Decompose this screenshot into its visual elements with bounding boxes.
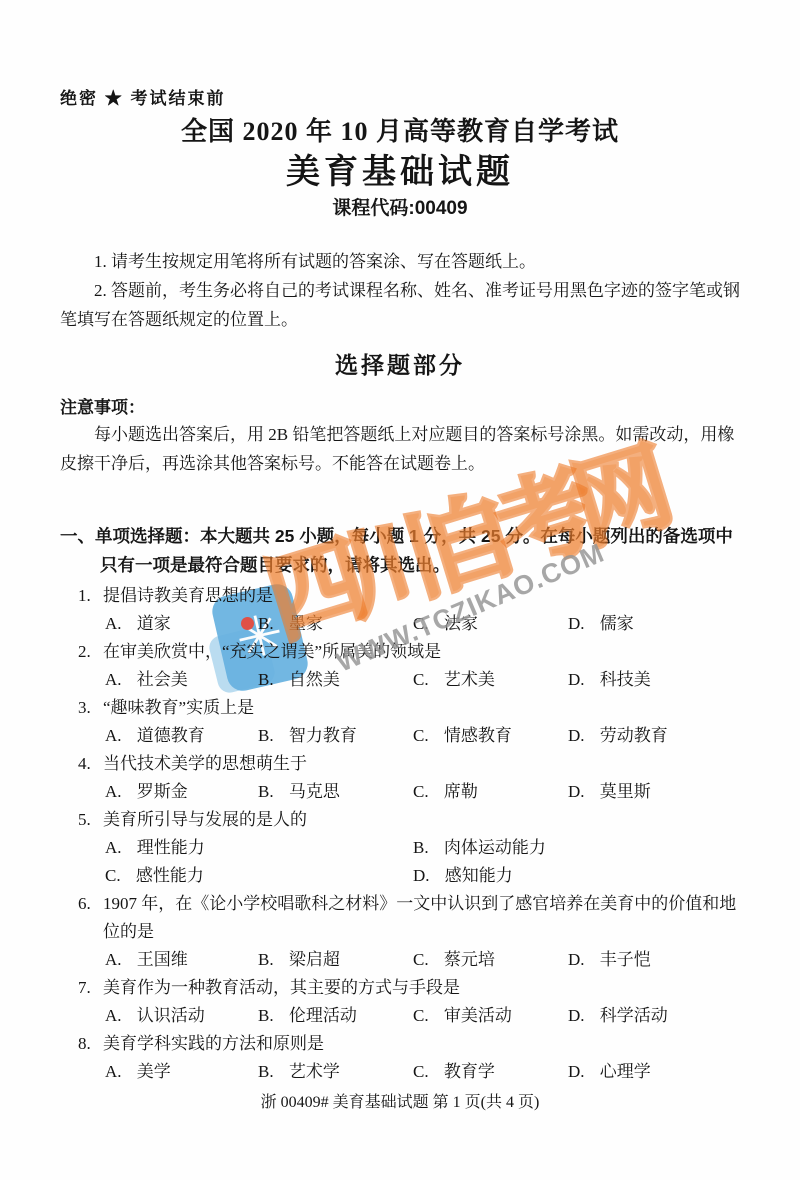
- option-B: B. 自然美: [258, 666, 413, 694]
- question-item: 7.美育作为一种教育活动，其主要的方式与手段是A. 认识活动B. 伦理活动C. …: [60, 974, 740, 1030]
- option-D: D. 科技美: [568, 666, 740, 694]
- option-row: A. 道家B. 墨家C. 法家D. 儒家: [60, 610, 740, 638]
- option-letter: C.: [413, 614, 429, 633]
- option-A: A. 美学: [105, 1058, 258, 1086]
- option-C: C. 艺术美: [413, 666, 568, 694]
- question-stem: 5.美育所引导与发展的是人的: [60, 806, 740, 834]
- option-A: A. 道德教育: [105, 722, 258, 750]
- option-letter: B.: [258, 782, 274, 801]
- option-A: A. 理性能力: [105, 834, 413, 862]
- question-stem: 3.“趣味教育”实质上是: [60, 694, 740, 722]
- question-number: 6.: [78, 890, 103, 946]
- option-letter: A.: [105, 670, 122, 689]
- option-letter: B.: [258, 1006, 274, 1025]
- option-letter: A.: [105, 614, 122, 633]
- option-D: D. 劳动教育: [568, 722, 740, 750]
- option-row: A. 道德教育B. 智力教育C. 情感教育D. 劳动教育: [60, 722, 740, 750]
- option-row: A. 认识活动B. 伦理活动C. 审美活动D. 科学活动: [60, 1002, 740, 1030]
- option-row: A. 理性能力B. 肉体运动能力C. 感性能力D. 感知能力: [60, 834, 740, 890]
- option-D: D. 心理学: [568, 1058, 740, 1086]
- question-text: 在审美欣赏中，“充实之谓美”所属美的领域是: [103, 638, 740, 666]
- option-letter: B.: [258, 614, 274, 633]
- option-letter: C.: [413, 782, 429, 801]
- option-letter: A.: [105, 726, 122, 745]
- option-letter: B.: [258, 726, 274, 745]
- option-letter: A.: [105, 1006, 122, 1025]
- question-stem: 1.提倡诗教美育思想的是: [60, 582, 740, 610]
- option-letter: D.: [568, 950, 585, 969]
- question-item: 5.美育所引导与发展的是人的A. 理性能力B. 肉体运动能力C. 感性能力D. …: [60, 806, 740, 890]
- option-C: C. 法家: [413, 610, 568, 638]
- question-text: 提倡诗教美育思想的是: [103, 582, 740, 610]
- option-C: C. 感性能力: [105, 862, 413, 890]
- answer-dot-marker: [241, 617, 254, 630]
- exam-title-line2: 美育基础试题: [60, 151, 740, 193]
- question-item: 8.美育学科实践的方法和原则是A. 美学B. 艺术学C. 教育学D. 心理学: [60, 1030, 740, 1086]
- question-number: 3.: [78, 694, 103, 722]
- exam-title-line1: 全国 2020 年 10 月高等教育自学考试: [60, 115, 740, 149]
- question-number: 7.: [78, 974, 103, 1002]
- option-letter: C.: [413, 1006, 429, 1025]
- option-C: C. 蔡元培: [413, 946, 568, 974]
- classification-banner: 绝密 ★ 考试结束前: [60, 0, 740, 109]
- instruction-item-1: 1. 请考生按规定用笔将所有试题的答案涂、写在答题纸上。: [60, 247, 740, 276]
- question-number: 5.: [78, 806, 103, 834]
- option-B: B. 肉体运动能力: [413, 834, 740, 862]
- option-D: D. 感知能力: [413, 862, 740, 890]
- option-letter: B.: [258, 950, 274, 969]
- section-title: 选择题部分: [60, 350, 740, 380]
- option-letter: A.: [105, 782, 122, 801]
- option-B: B. 墨家: [258, 610, 413, 638]
- option-A: A. 道家: [105, 610, 258, 638]
- document-content: 绝密 ★ 考试结束前 全国 2020 年 10 月高等教育自学考试 美育基础试题…: [0, 0, 800, 1114]
- option-letter: A.: [105, 1062, 122, 1081]
- question-stem: 6.1907 年，在《论小学校唱歌科之材料》一文中认识到了感官培养在美育中的价值…: [60, 890, 740, 946]
- option-A: A. 王国维: [105, 946, 258, 974]
- part-one-header: 一、单项选择题：本大题共 25 小题，每小题 1 分，共 25 分。在每小题列出…: [60, 522, 740, 580]
- option-letter: A.: [105, 838, 122, 857]
- question-text: 美育作为一种教育活动，其主要的方式与手段是: [103, 974, 740, 1002]
- option-letter: B.: [413, 838, 429, 857]
- option-letter: D.: [568, 726, 585, 745]
- option-row: A. 罗斯金B. 马克思C. 席勒D. 莫里斯: [60, 778, 740, 806]
- question-stem: 8.美育学科实践的方法和原则是: [60, 1030, 740, 1058]
- option-A: A. 罗斯金: [105, 778, 258, 806]
- question-stem: 4.当代技术美学的思想萌生于: [60, 750, 740, 778]
- question-list: 1.提倡诗教美育思想的是A. 道家B. 墨家C. 法家D. 儒家2.在审美欣赏中…: [60, 582, 740, 1086]
- option-letter: B.: [258, 670, 274, 689]
- option-letter: D.: [568, 782, 585, 801]
- option-letter: D.: [568, 1062, 585, 1081]
- option-row: A. 社会美B. 自然美C. 艺术美D. 科技美: [60, 666, 740, 694]
- option-letter: C.: [105, 866, 121, 885]
- option-D: D. 莫里斯: [568, 778, 740, 806]
- option-B: B. 马克思: [258, 778, 413, 806]
- question-stem: 2.在审美欣赏中，“充实之谓美”所属美的领域是: [60, 638, 740, 666]
- option-letter: C.: [413, 950, 429, 969]
- option-row: A. 美学B. 艺术学C. 教育学D. 心理学: [60, 1058, 740, 1086]
- question-number: 1.: [78, 582, 103, 610]
- option-letter: C.: [413, 1062, 429, 1081]
- page-footer: 浙 00409# 美育基础试题 第 1 页(共 4 页): [60, 1092, 740, 1114]
- option-B: B. 艺术学: [258, 1058, 413, 1086]
- option-letter: D.: [568, 614, 585, 633]
- option-B: B. 智力教育: [258, 722, 413, 750]
- exam-page: ✳ 四川自考网 WWW.TCZIKAO.COM 绝密 ★ 考试结束前 全国 20…: [0, 0, 800, 1180]
- question-item: 1.提倡诗教美育思想的是A. 道家B. 墨家C. 法家D. 儒家: [60, 582, 740, 638]
- option-row: A. 王国维B. 梁启超C. 蔡元培D. 丰子恺: [60, 946, 740, 974]
- course-code: 课程代码:00409: [60, 197, 740, 221]
- option-C: C. 席勒: [413, 778, 568, 806]
- option-B: B. 伦理活动: [258, 1002, 413, 1030]
- question-text: 1907 年，在《论小学校唱歌科之材料》一文中认识到了感官培养在美育中的价值和地…: [103, 890, 740, 946]
- question-stem: 7.美育作为一种教育活动，其主要的方式与手段是: [60, 974, 740, 1002]
- option-letter: D.: [413, 866, 430, 885]
- option-A: A. 社会美: [105, 666, 258, 694]
- option-D: D. 丰子恺: [568, 946, 740, 974]
- option-letter: D.: [568, 1006, 585, 1025]
- question-text: 美育所引导与发展的是人的: [103, 806, 740, 834]
- question-text: 当代技术美学的思想萌生于: [103, 750, 740, 778]
- question-item: 3.“趣味教育”实质上是A. 道德教育B. 智力教育C. 情感教育D. 劳动教育: [60, 694, 740, 750]
- instruction-item-2: 2. 答题前，考生务必将自己的考试课程名称、姓名、准考证号用黑色字迹的签字笔或钢…: [60, 276, 740, 334]
- option-C: C. 教育学: [413, 1058, 568, 1086]
- question-text: 美育学科实践的方法和原则是: [103, 1030, 740, 1058]
- option-A: A. 认识活动: [105, 1002, 258, 1030]
- option-letter: C.: [413, 670, 429, 689]
- option-letter: D.: [568, 670, 585, 689]
- question-item: 2.在审美欣赏中，“充实之谓美”所属美的领域是A. 社会美B. 自然美C. 艺术…: [60, 638, 740, 694]
- question-item: 4.当代技术美学的思想萌生于A. 罗斯金B. 马克思C. 席勒D. 莫里斯: [60, 750, 740, 806]
- option-C: C. 审美活动: [413, 1002, 568, 1030]
- question-number: 8.: [78, 1030, 103, 1058]
- question-item: 6.1907 年，在《论小学校唱歌科之材料》一文中认识到了感官培养在美育中的价值…: [60, 890, 740, 974]
- notes-label: 注意事项：: [60, 396, 740, 420]
- option-letter: A.: [105, 950, 122, 969]
- option-B: B. 梁启超: [258, 946, 413, 974]
- question-text: “趣味教育”实质上是: [103, 694, 740, 722]
- option-letter: B.: [258, 1062, 274, 1081]
- question-number: 2.: [78, 638, 103, 666]
- notes-body: 每小题选出答案后，用 2B 铅笔把答题纸上对应题目的答案标号涂黑。如需改动，用橡…: [60, 420, 740, 478]
- option-letter: C.: [413, 726, 429, 745]
- option-D: D. 儒家: [568, 610, 740, 638]
- option-C: C. 情感教育: [413, 722, 568, 750]
- question-number: 4.: [78, 750, 103, 778]
- option-D: D. 科学活动: [568, 1002, 740, 1030]
